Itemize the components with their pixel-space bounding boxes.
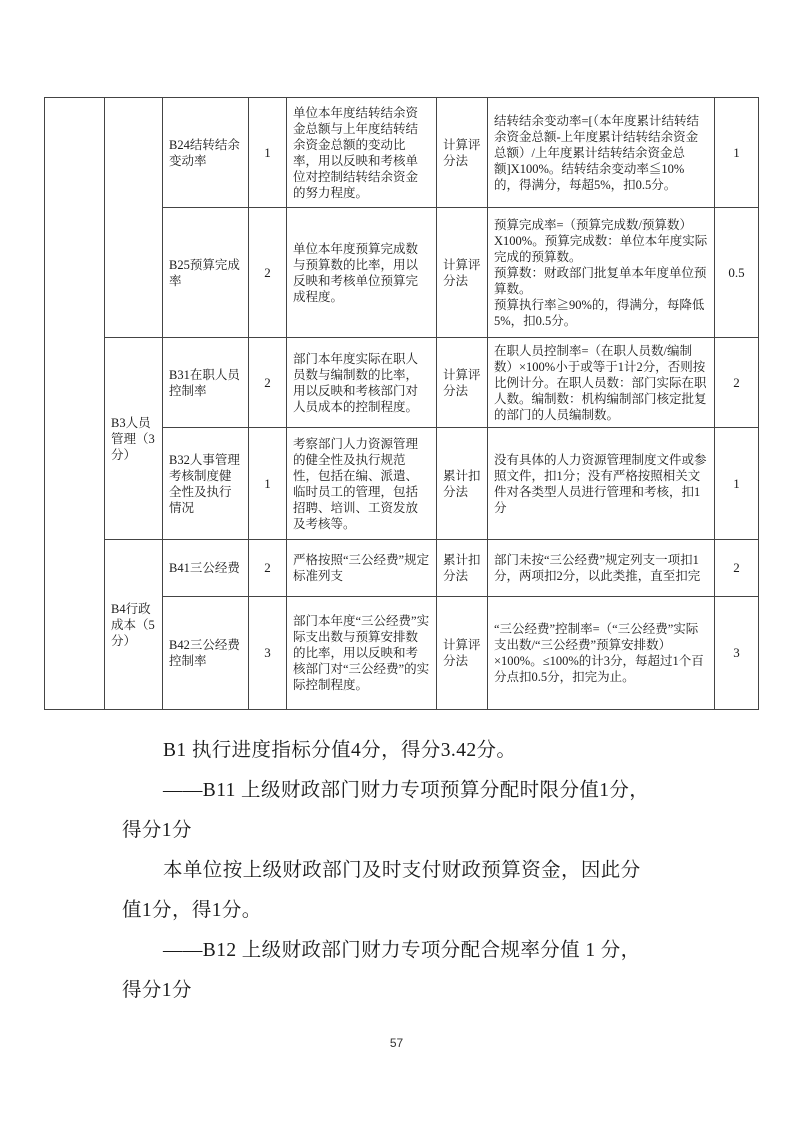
group-cell-empty <box>105 98 163 338</box>
table-row: B4行政成本（5分） B41三公经费 2 严格按照“三公经费”规定标准列支 累计… <box>45 540 759 597</box>
indicator-weight: 2 <box>249 540 287 597</box>
indicator-code: B42三公经费控制率 <box>163 597 249 710</box>
scoring-method: 累计扣分法 <box>437 540 488 597</box>
indicator-score: 0.5 <box>715 208 759 338</box>
paragraph-b11-explanation-cont: 值1分，得1分。 <box>122 899 262 923</box>
scoring-method: 计算评分法 <box>437 208 488 338</box>
paragraph-b1-summary: B1 执行进度指标分值4分，得分3.42分。 <box>163 739 516 763</box>
indicator-score: 2 <box>715 338 759 428</box>
indicator-weight: 1 <box>249 98 287 208</box>
paragraph-b11-heading: ——B11 上级财政部门财力专项预算分配时限分值1分， <box>163 779 649 803</box>
paragraph-b12-heading: ——B12 上级财政部门财力专项分配合规率分值 1 分， <box>163 939 641 963</box>
indicator-weight: 2 <box>249 208 287 338</box>
indicator-description: 考察部门人力资源管理的健全性及执行规范性，包括在编、派遣、临时员工的管理，包括招… <box>287 428 437 540</box>
indicator-code: B25预算完成率 <box>163 208 249 338</box>
page-number: 57 <box>0 1036 793 1050</box>
evaluation-table: B24结转结余变动率 1 单位本年度结转结余资金总额与上年度结转结余资金总额的变… <box>44 97 759 710</box>
indicator-score: 3 <box>715 597 759 710</box>
scoring-method: 计算评分法 <box>437 338 488 428</box>
indicator-description: 单位本年度结转结余资金总额与上年度结转结余资金总额的变动比率，用以反映和考核单位… <box>287 98 437 208</box>
scoring-method: 累计扣分法 <box>437 428 488 540</box>
indicator-score: 1 <box>715 98 759 208</box>
group-label: B4行政成本（5分） <box>105 540 163 710</box>
indicator-description: 部门本年度实际在职人员数与编制数的比率，用以反映和考核部门对人员成本的控制程度。 <box>287 338 437 428</box>
indicator-weight: 2 <box>249 338 287 428</box>
indicator-weight: 1 <box>249 428 287 540</box>
indicator-code: B41三公经费 <box>163 540 249 597</box>
scoring-rule: 预算完成率=（预算完成数/预算数）X100%。预算完成数：单位本年度实际完成的预… <box>488 208 715 338</box>
scoring-rule: “三公经费”控制率=（“三公经费”实际支出数/“三公经费”预算安排数）×100%… <box>488 597 715 710</box>
indicator-description: 严格按照“三公经费”规定标准列支 <box>287 540 437 597</box>
scoring-rule: 在职人员控制率=（在职人员数/编制数）×100%小于或等于1计2分，否则按比例计… <box>488 338 715 428</box>
table-row: B3人员管理（3分） B31在职人员控制率 2 部门本年度实际在职人员数与编制数… <box>45 338 759 428</box>
indicator-code: B24结转结余变动率 <box>163 98 249 208</box>
scoring-rule: 结转结余变动率=[（本年度累计结转结余资金总额-上年度累计结转结余资金总额）/上… <box>488 98 715 208</box>
paragraph-b11-score: 得分1分 <box>122 819 192 843</box>
indicator-code: B32人事管理考核制度健全性及执行情况 <box>163 428 249 540</box>
category-cell-empty <box>45 98 105 710</box>
paragraph-b11-explanation: 本单位按上级财政部门及时支付财政预算资金，因此分 <box>163 859 641 883</box>
indicator-score: 2 <box>715 540 759 597</box>
scoring-method: 计算评分法 <box>437 597 488 710</box>
indicator-score: 1 <box>715 428 759 540</box>
scoring-method: 计算评分法 <box>437 98 488 208</box>
group-label: B3人员管理（3分） <box>105 338 163 540</box>
table-row: B24结转结余变动率 1 单位本年度结转结余资金总额与上年度结转结余资金总额的变… <box>45 98 759 208</box>
paragraph-b12-score: 得分1分 <box>122 979 192 1003</box>
indicator-description: 单位本年度预算完成数与预算数的比率，用以反映和考核单位预算完成程度。 <box>287 208 437 338</box>
scoring-rule: 没有具体的人力资源管理制度文件或参照文件，扣1分；没有严格按照相关文件对各类型人… <box>488 428 715 540</box>
indicator-weight: 3 <box>249 597 287 710</box>
indicator-description: 部门本年度“三公经费”实际支出数与预算安排数的比率，用以反映和考核部门对“三公经… <box>287 597 437 710</box>
indicator-code: B31在职人员控制率 <box>163 338 249 428</box>
scoring-rule: 部门未按“三公经费”规定列支一项扣1分，两项扣2分，以此类推，直至扣完 <box>488 540 715 597</box>
